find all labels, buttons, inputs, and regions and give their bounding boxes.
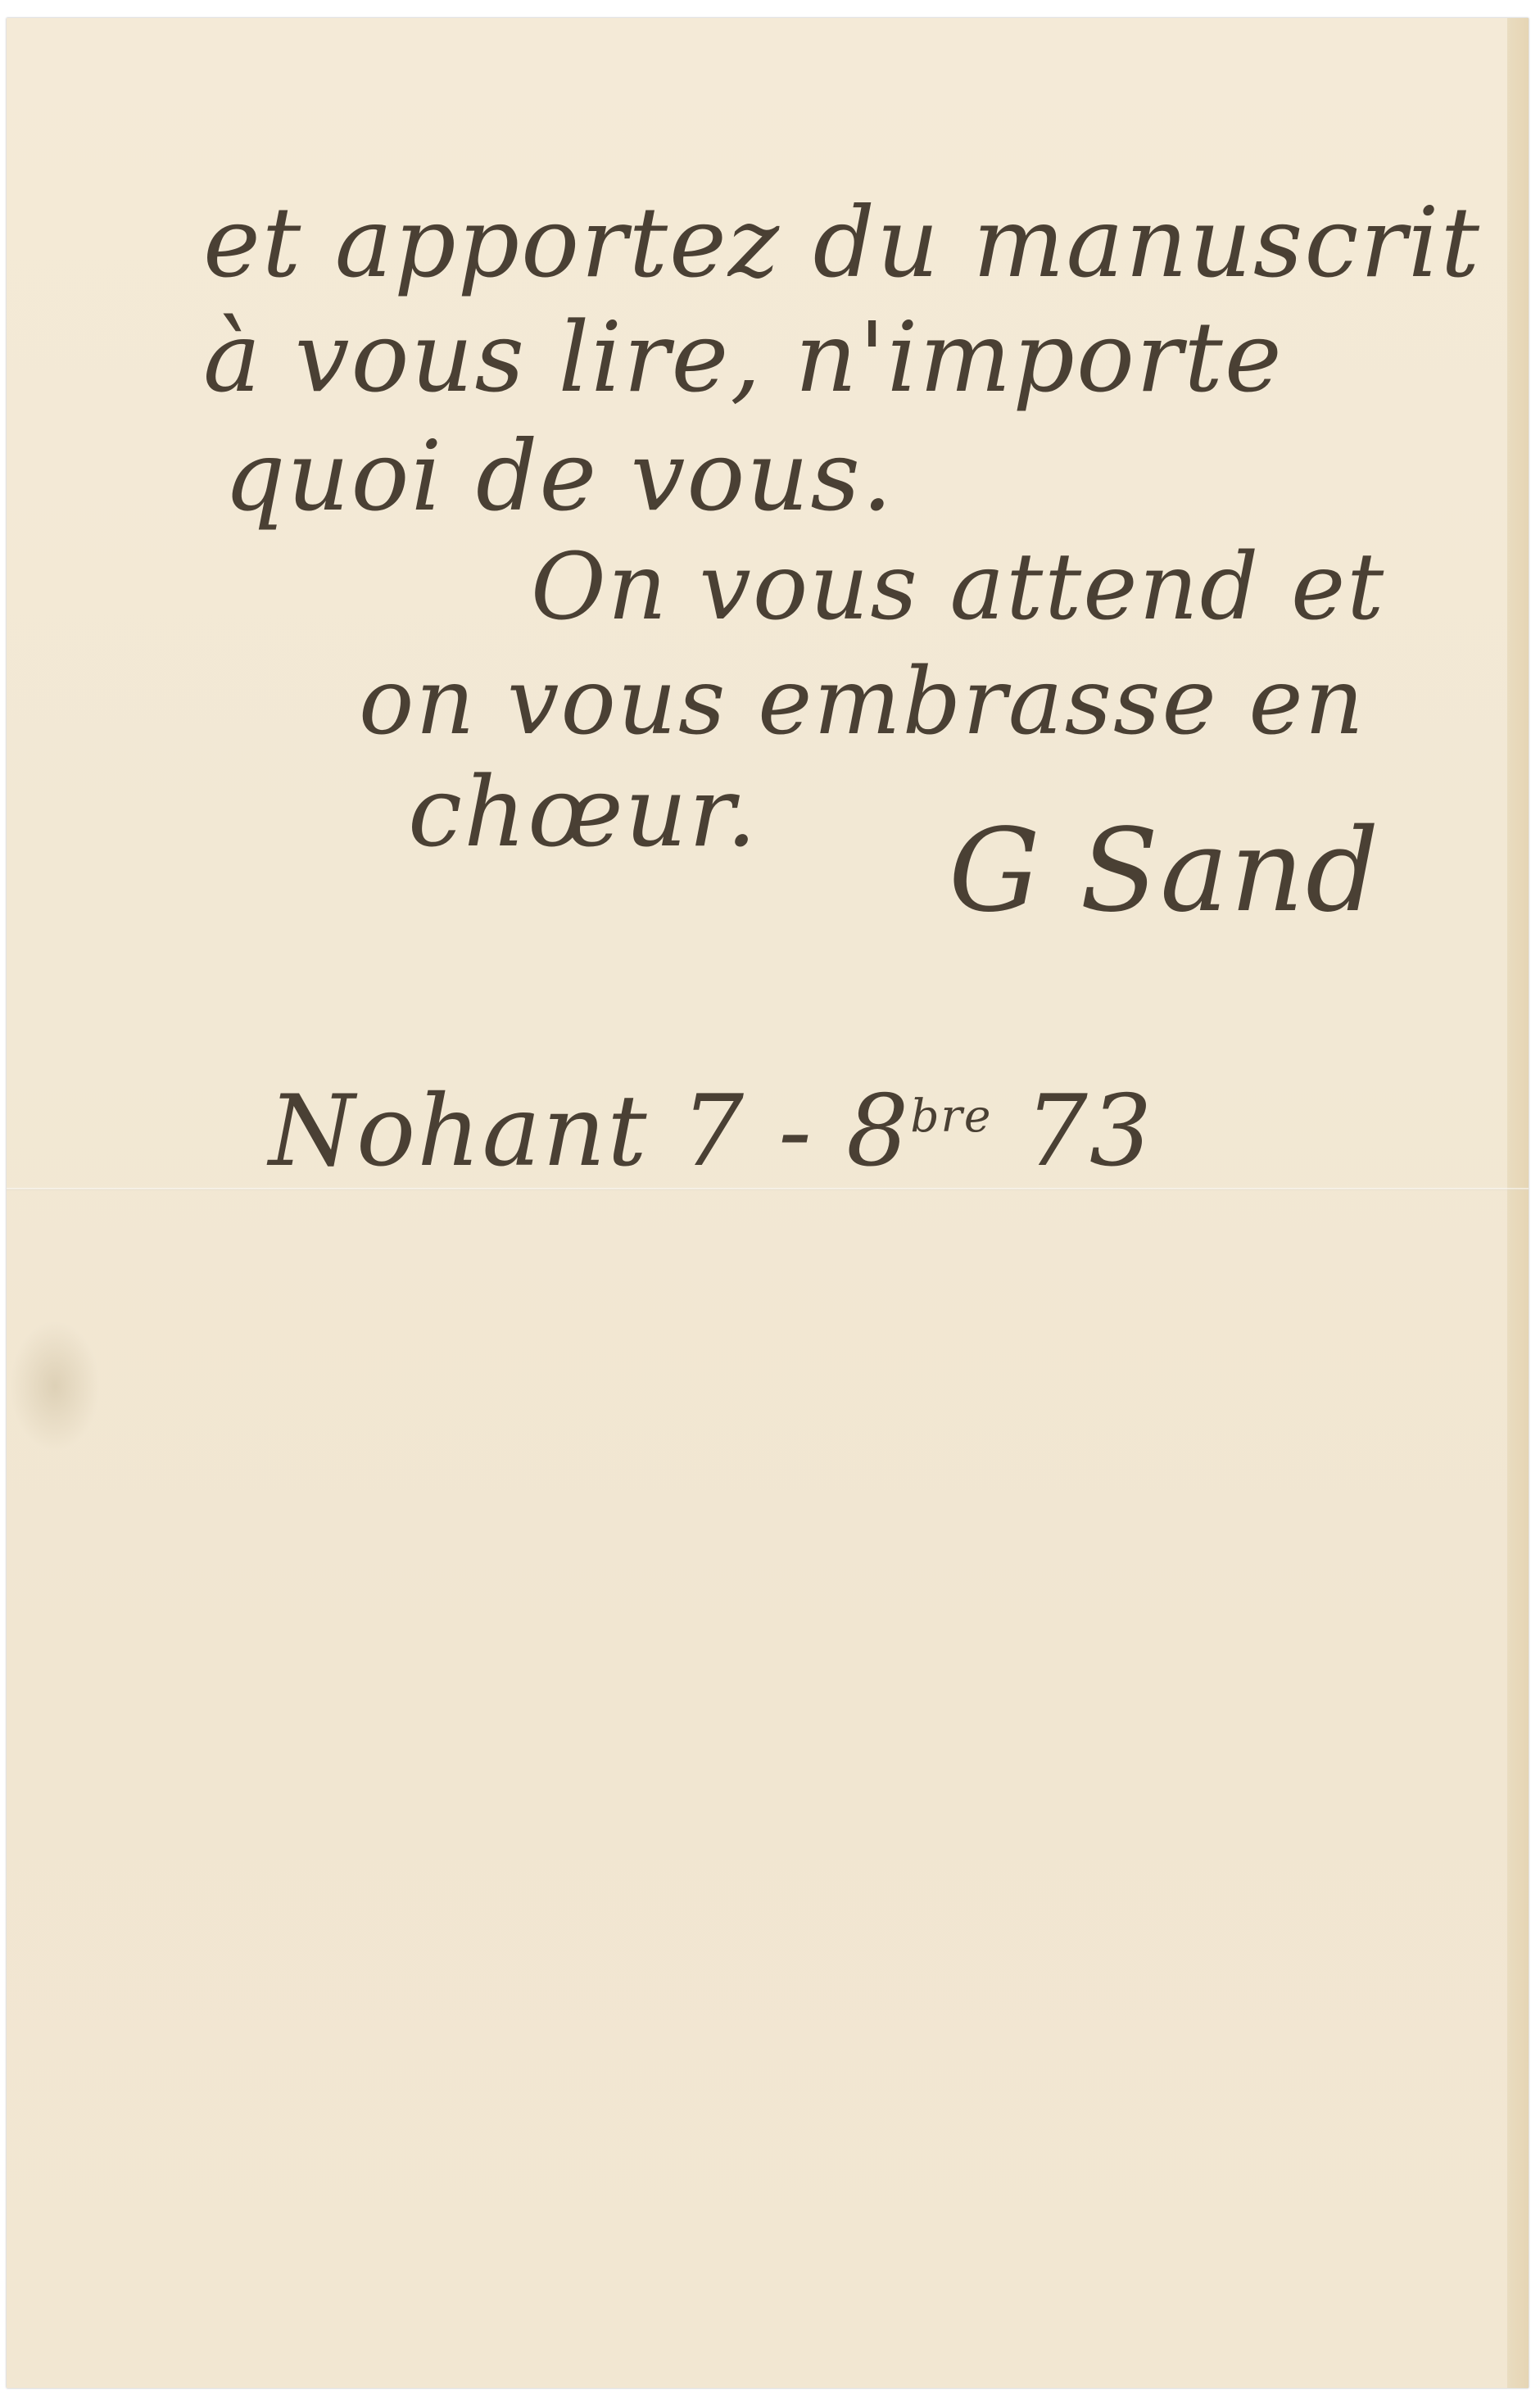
date-day: 7 xyxy=(682,1075,745,1189)
paper-stain xyxy=(10,1321,100,1452)
signature: G Sand xyxy=(949,804,1381,938)
letter-line-4: On vous attend et xyxy=(531,534,1385,641)
letter-date: Nohant 7 - 8bre 73 xyxy=(269,1075,1153,1189)
date-month: 8 xyxy=(846,1075,910,1189)
date-year: 73 xyxy=(1026,1075,1154,1189)
letter-line-1: et apportez du manuscrit xyxy=(203,186,1481,299)
letter-line-3: quoi de vous. xyxy=(224,419,894,532)
date-place: Nohant xyxy=(269,1075,649,1189)
date-month-suffix: bre xyxy=(910,1090,992,1142)
paper-edge-strip xyxy=(1507,18,1529,2388)
letter-line-5: on vous embrasse en xyxy=(359,649,1366,755)
letter-line-2: à vous lire, n'importe xyxy=(203,301,1284,414)
letter-line-6: chœur. xyxy=(408,755,759,868)
letter-page: et apportez du manuscrit à vous lire, n'… xyxy=(7,18,1529,2388)
